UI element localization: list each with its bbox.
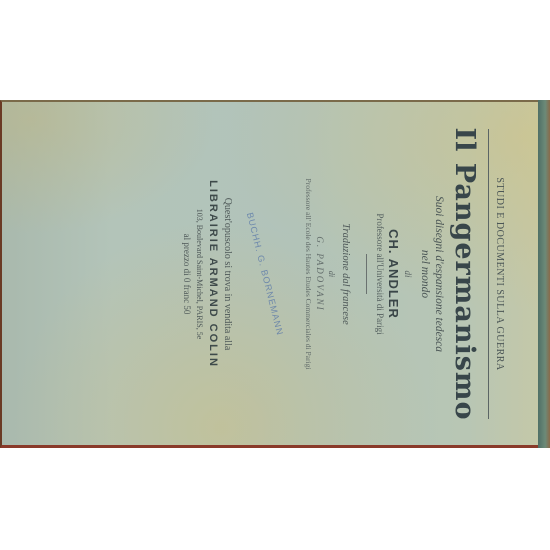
series-title: STUDI E DOCUMENTI SULLA GUERRA: [494, 104, 505, 444]
translator-by-label: di: [327, 104, 336, 444]
sale-notice: Quest'opuscolo si trova in vendita alla: [222, 104, 233, 444]
cover-content: STUDI E DOCUMENTI SULLA GUERRA Il Panger…: [15, 104, 535, 444]
translator-role: Professore all' Ecole des Hautes Etudes …: [304, 104, 313, 444]
book-subtitle: Suoi disegni d'espansione tedesca: [433, 104, 445, 444]
book-title: Il Pangermanismo: [449, 104, 480, 444]
translation-label: Traduzione dal francese: [340, 104, 351, 444]
author-role: Professore all'Università di Parigi: [375, 104, 385, 444]
publisher-name: LIBRAIRIE ARMAND COLIN: [207, 104, 219, 444]
book-subtitle-line2: nel mondo: [419, 104, 431, 444]
publisher-address: 103, Boulevard Saint-Michel, PARIS, 5e: [195, 104, 204, 444]
author-divider: [366, 254, 367, 294]
author-name: CH. ANDLER: [386, 104, 401, 444]
by-label: di: [403, 104, 413, 444]
price: al prezzo di 0 franc 50: [182, 104, 192, 444]
translator-name: G. PADOVANI: [315, 104, 325, 444]
library-stamp: BUCHH. G. BORNEMANN: [242, 200, 288, 348]
series-divider: [488, 129, 489, 419]
book-spine: [538, 100, 550, 448]
